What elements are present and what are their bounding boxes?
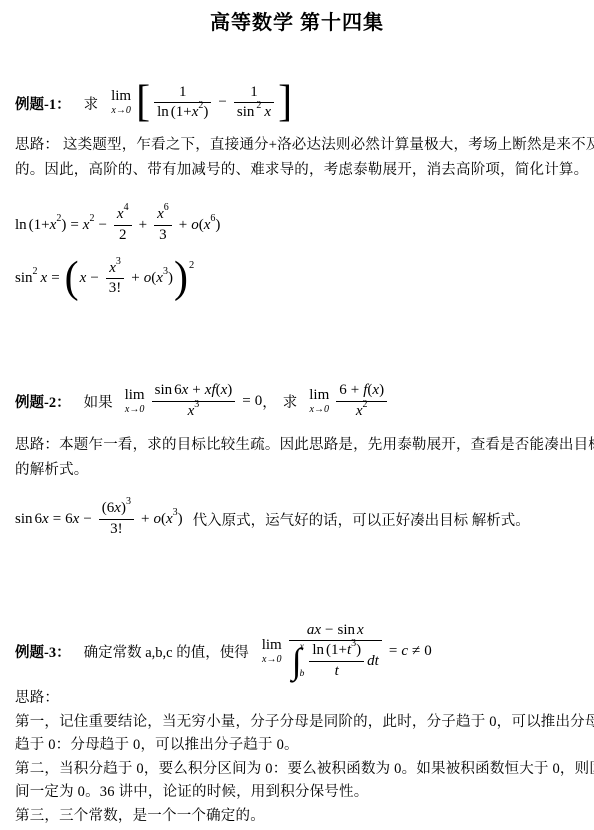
num-6: 6: [339, 382, 347, 399]
substitute-tail-text: 代入原式，运气好的话，可以正好凑出目标 解析式。: [193, 509, 530, 530]
sin6x-formula: sin 6 x = 6 x − ( 6 x ) 3 3! + o ( x: [15, 500, 183, 538]
minus-op: −: [218, 94, 226, 111]
equals-op: =: [242, 393, 250, 410]
example-3-formula: lim x→0 a x − sin x ∫ x b: [258, 622, 432, 680]
var-x: x: [114, 500, 121, 517]
num-one-plus: 1+: [331, 642, 347, 659]
thought-line: 间一定为 0。36 讲中，论证的时候，用到积分保号性。: [15, 781, 594, 805]
example-1-line: 例题-1： 求 lim x→0 [ 1 ln ( 1+ x 2 ) −: [15, 76, 293, 130]
example-2-formula-2: lim x→0 6 + f ( x ) x 2: [305, 382, 390, 420]
little-o: o: [153, 511, 161, 528]
fn-sin: sin: [237, 104, 255, 121]
t-cubed: t 3: [347, 642, 356, 659]
fraction-6x3-over-3fact: ( 6 x ) 3 3!: [99, 500, 134, 538]
denominator-2: 2: [119, 227, 127, 244]
limit-operator: lim x→0: [111, 89, 131, 116]
fraction-sin6x-over-x3: sin 6 x + x f ( x ) x 3: [152, 382, 236, 420]
plus-op: +: [139, 217, 147, 234]
var-x: x: [264, 104, 271, 121]
example-2-thoughts: 思路：本题乍一看，求的目标比较生疏。因此思路是，先用泰勒展开，查看是否能凑出目标…: [15, 433, 594, 483]
example-2-label: 例题-2：: [15, 391, 71, 412]
integral-limits: x b: [300, 643, 305, 679]
sin6x-expansion-line: sin 6 x = 6 x − ( 6 x ) 3 3! + o ( x: [15, 493, 530, 545]
thought-line: 的。因此，高阶的、带有加减号的、难求导的，考虑泰勒展开，消去高阶项，简化计算。: [15, 158, 594, 183]
paren-close: ): [227, 382, 232, 399]
fraction-axsinx-over-integral: a x − sin x ∫ x b ln (: [289, 622, 382, 680]
fn-sin: sin: [155, 382, 173, 399]
thought-line: 思路： 这类题型，乍看之下，直接通分+洛必达法则必然计算量极大，考场上断然是来不…: [15, 133, 594, 158]
var-x: x: [41, 270, 48, 287]
example-3-label: 例题-3：: [15, 641, 71, 662]
not-equal-op: ≠: [412, 643, 420, 660]
fraction-one-over-sin2: 1 sin 2 x: [234, 84, 274, 122]
example-2-prompt: 求: [283, 391, 298, 412]
minus-op: −: [90, 270, 98, 287]
denominator-3: 3: [159, 227, 167, 244]
little-o: o: [144, 270, 152, 287]
equals-op: =: [70, 217, 78, 234]
fraction-one-over-ln: 1 ln ( 1+ x 2 ): [154, 84, 211, 122]
x-cubed: x 3: [156, 270, 168, 287]
equals-op: =: [53, 511, 61, 528]
paren-close: ): [168, 270, 173, 287]
fn-ln: ln: [157, 104, 169, 121]
limit-operator: lim x→0: [309, 388, 329, 415]
thought-line: 第二，当积分趋于 0，要么积分区间为 0：要么被积函数为 0。如果被积函数恒大于…: [15, 758, 594, 782]
numerator-1: 1: [250, 84, 258, 101]
fn-sin: sin: [338, 622, 356, 639]
numerator-1: 1: [179, 84, 187, 101]
num-0: 0: [424, 643, 432, 660]
minus-op: −: [325, 622, 333, 639]
fraction-6plusf-over-x2: 6 + f ( x ) x 2: [336, 382, 387, 420]
example-1-prompt: 求: [84, 93, 99, 114]
plus-op: +: [351, 382, 359, 399]
var-x: x: [314, 622, 321, 639]
var-x: x: [80, 270, 87, 287]
comma: ，: [262, 391, 277, 412]
denominator-3fact: 3!: [109, 280, 122, 297]
fraction-x4-over-2: x 4 2: [114, 206, 132, 244]
example-1-label: 例题-1：: [15, 93, 71, 114]
fn-ln: ln: [312, 642, 324, 659]
outer-exponent-2: 2: [189, 260, 194, 271]
paren-close: ): [178, 511, 183, 528]
little-o: o: [191, 217, 199, 234]
differential-dt: dt: [367, 653, 379, 670]
exponent-3: 3: [126, 497, 131, 507]
x-to-6: x 6: [204, 217, 216, 234]
x-cubed: x 3: [188, 403, 200, 420]
x-cubed: x 3: [166, 511, 178, 528]
lim-text: lim: [111, 89, 131, 104]
document-page: 高等数学 第十四集 例题-1： 求 lim x→0 [ 1 ln ( 1+ x …: [0, 0, 594, 830]
thought-line: 思路：: [15, 687, 594, 711]
limit-operator: lim x→0: [262, 638, 282, 665]
lower-limit-b: b: [300, 670, 305, 680]
x-to-4: x 4: [117, 206, 129, 223]
num-6: 6: [174, 382, 182, 399]
taylor-ln-formula: ln ( 1+ x 2 ) = x 2 − x 4 2: [15, 202, 220, 248]
plus-op: +: [141, 511, 149, 528]
var-x: x: [357, 622, 364, 639]
num-one-plus: 1+: [34, 217, 50, 234]
plus-op: +: [179, 217, 187, 234]
example-2-condition: 如果: [84, 391, 113, 412]
example-3-line: 例题-3： 确定常数 a,b,c 的值，使得 lim x→0 a x − sin…: [15, 611, 432, 691]
denominator-3fact: 3!: [110, 521, 123, 538]
paren-close: ): [356, 642, 361, 659]
fraction-x3-over-3fact: x 3 3!: [106, 260, 125, 298]
x-to-6: x 6: [157, 206, 169, 223]
fn-ln: ln: [15, 217, 27, 234]
x-cubed: x 3: [109, 260, 121, 277]
equals-op: =: [389, 643, 397, 660]
var-x: x: [192, 104, 199, 121]
x-squared: x 2: [356, 403, 368, 420]
paren-close: ): [379, 382, 384, 399]
var-c: c: [401, 643, 408, 660]
example-1-thoughts: 思路： 这类题型，乍看之下，直接通分+洛必达法则必然计算量极大，考场上断然是来不…: [15, 133, 594, 183]
var-x: x: [42, 511, 49, 528]
fraction-x6-over-3: x 6 3: [154, 206, 172, 244]
left-bracket: [: [136, 82, 150, 124]
fn-sin: sin: [15, 511, 33, 528]
minus-op: −: [98, 217, 106, 234]
var-x: x: [73, 511, 80, 528]
minus-op: −: [83, 511, 91, 528]
taylor-sin2-formula: sin 2 x = ( x − x 3 3! + o ( x: [15, 250, 194, 308]
upper-limit-x: x: [300, 643, 305, 653]
num-0: 0: [255, 393, 263, 410]
paren-close: ): [203, 104, 208, 121]
thought-line: 第三，三个常数，是一个一个确定的。: [15, 805, 594, 829]
example-3-thoughts: 思路： 第一，记住重要结论，当无穷小量，分子分母是同阶的，此时，分子趋于 0，可…: [15, 687, 594, 828]
example-2-formula-1: lim x→0 sin 6 x + x f ( x ) x: [121, 382, 263, 420]
example-2-line: 例题-2： 如果 lim x→0 sin 6 x + x f ( x ): [15, 372, 390, 430]
paren-close: ): [61, 217, 66, 234]
big-paren-close: ): [174, 258, 188, 300]
limit-operator: lim x→0: [125, 388, 145, 415]
var-x: x: [372, 382, 379, 399]
exponent-2: 2: [256, 101, 261, 111]
plus-op: +: [131, 270, 139, 287]
paren-close: ): [215, 217, 220, 234]
plus-op: +: [192, 382, 200, 399]
equals-op: =: [51, 270, 59, 287]
sin-squared: sin 2: [15, 270, 38, 287]
example-3-pretext: 确定常数 a,b,c 的值，使得: [84, 641, 249, 662]
num-6: 6: [35, 511, 43, 528]
num-6: 6: [65, 511, 73, 528]
var-x: x: [182, 382, 189, 399]
x-squared: x 2: [83, 217, 95, 234]
lim-subscript: x→0: [111, 106, 130, 116]
fraction-ln-over-t: ln ( 1+ t 3 ) t: [309, 642, 364, 680]
thought-line: 的解析式。: [15, 458, 594, 483]
example-1-formula: lim x→0 [ 1 ln ( 1+ x 2 ) − 1 sin: [107, 83, 293, 123]
thought-line: 思路：本题乍一看，求的目标比较生疏。因此思路是，先用泰勒展开，查看是否能凑出目标: [15, 433, 594, 458]
var-x: x: [205, 382, 212, 399]
var-t: t: [335, 663, 339, 680]
page-title: 高等数学 第十四集: [0, 6, 594, 35]
x-squared: x 2: [50, 217, 62, 234]
var-x: x: [221, 382, 228, 399]
thought-line: 第一，记住重要结论，当无穷小量，分子分母是同阶的，此时，分子趋于 0，可以推出分…: [15, 711, 594, 735]
num-one-plus: 1+: [176, 104, 192, 121]
big-paren-open: (: [65, 258, 79, 300]
right-bracket: ]: [278, 82, 292, 124]
thought-line: 趋于 0：分母趋于 0，可以推出分子趋于 0。: [15, 734, 594, 758]
